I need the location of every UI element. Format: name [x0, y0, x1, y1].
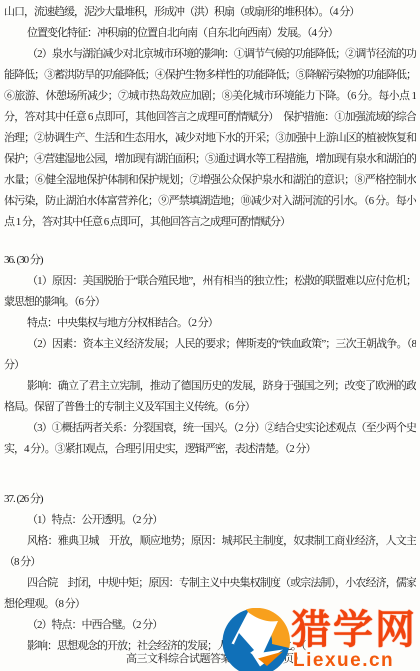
page: { "document": { "lines": [ {"text": "山口，… [0, 0, 420, 671]
text-line: 点 1 分，答对其中任意 6 点即可，其他回答言之成理可酌情赋分） [4, 212, 416, 233]
text-line: 治理；②协调生产、生活和生态用水，减少对地下水的开采；③加强中上游山区的植被恢复… [4, 128, 416, 149]
text-line: （8 分） [4, 552, 416, 573]
site-domain-wordmark: Liexue.cn [293, 651, 394, 671]
text-line: 能降低；③蓄洪防旱的功能降低；④保护生物多样性的功能降低；⑤降解污染物的功能降低… [4, 65, 416, 86]
text-line: ⑥旅游、休憩场所减少；⑦城市热岛效应加剧；⑧美化城市环境能力下降。（6 分。每小… [4, 86, 416, 107]
text-line: 体污染，防止湖泊水体富营养化；⑨严禁填湖造地；⑩减少对入湖河流的引水。（6 分。… [4, 191, 416, 212]
text-line: 四合院 封闭，中规中矩；原因：专制主义中央集权制度（或宗法制），小农经济，儒家思 [4, 573, 416, 594]
text-line: 影响：确立了君主立宪制，推动了德国历史的发展，跻身于强国之列；改变了欧洲的政治 [4, 376, 416, 397]
text-line: 山口，流速趋缓，泥沙大量堆积，形成冲（洪）积扇（或扇形的堆积体）。（4 分） [4, 2, 416, 23]
text-line: 分，答对其中任意 6 点即可，其他回答言之成理可酌情赋分） 保护措施：①加强流域… [4, 107, 416, 128]
text-line: 实，4 分）。③紧扣观点，合理引用史实，逻辑严密，表述清楚。（2 分） [4, 439, 416, 460]
page-footer-title: 高三文科综合试题答案 [126, 650, 231, 668]
text-line: 格局。保留了普鲁士的专制主义及军国主义传统。（6 分） [4, 397, 416, 418]
book-globe-icon [222, 608, 290, 671]
text-line: （2）泉水与湖泊减少对北京城市环境的影响：①调节气候的功能降低；②调节径流的功 [4, 44, 416, 65]
text-line: 保护；④营建湿地公园，增加现有湖泊面积；⑤通过调水等工程措施，增加现有泉水和湖泊… [4, 149, 416, 170]
text-line: （1）原因：美国脱胎于“联合殖民地”，州有相当的独立性；松散的联盟难以应付危机；… [4, 271, 416, 292]
text-line: 37. (26 分) [4, 489, 416, 510]
text-line: 蒙思想的影响。（6 分） [4, 292, 416, 313]
site-name-wordmark: 猎学网 [291, 608, 420, 653]
text-line: 位置变化特征：冲积扇的位置自北向南（自东北向西南）发展。（4 分） [4, 23, 416, 44]
text-line: 36. (30 分) [4, 250, 416, 271]
text-line: 特点：中央集权与地方分权相结合。（2 分） [4, 313, 416, 334]
text-line: 分） [4, 355, 416, 376]
text-line: （1）特点：公开透明。（2 分） [4, 510, 416, 531]
text-line: （3）①概括两者关系：分裂国衰，统一国兴。（2 分）②结合史实论述观点（至少两个… [4, 418, 416, 439]
text-line: 水量；⑥健全湿地保护体制和保护规划；⑦增强公众保护泉水和湖泊的意识；⑧严格控制水 [4, 170, 416, 191]
text-line: （2）因素：资本主义经济发展；人民的要求；俾斯麦的“铁血政策”；三次王朝战争。（… [4, 334, 416, 355]
text-line: 风格：雅典卫城 开放，顺应地势；原因：城邦民主制度，奴隶制工商业经济，人文主义。 [4, 531, 416, 552]
answer-text: 山口，流速趋缓，泥沙大量堆积，形成冲（洪）积扇（或扇形的堆积体）。（4 分）位置… [4, 2, 416, 657]
